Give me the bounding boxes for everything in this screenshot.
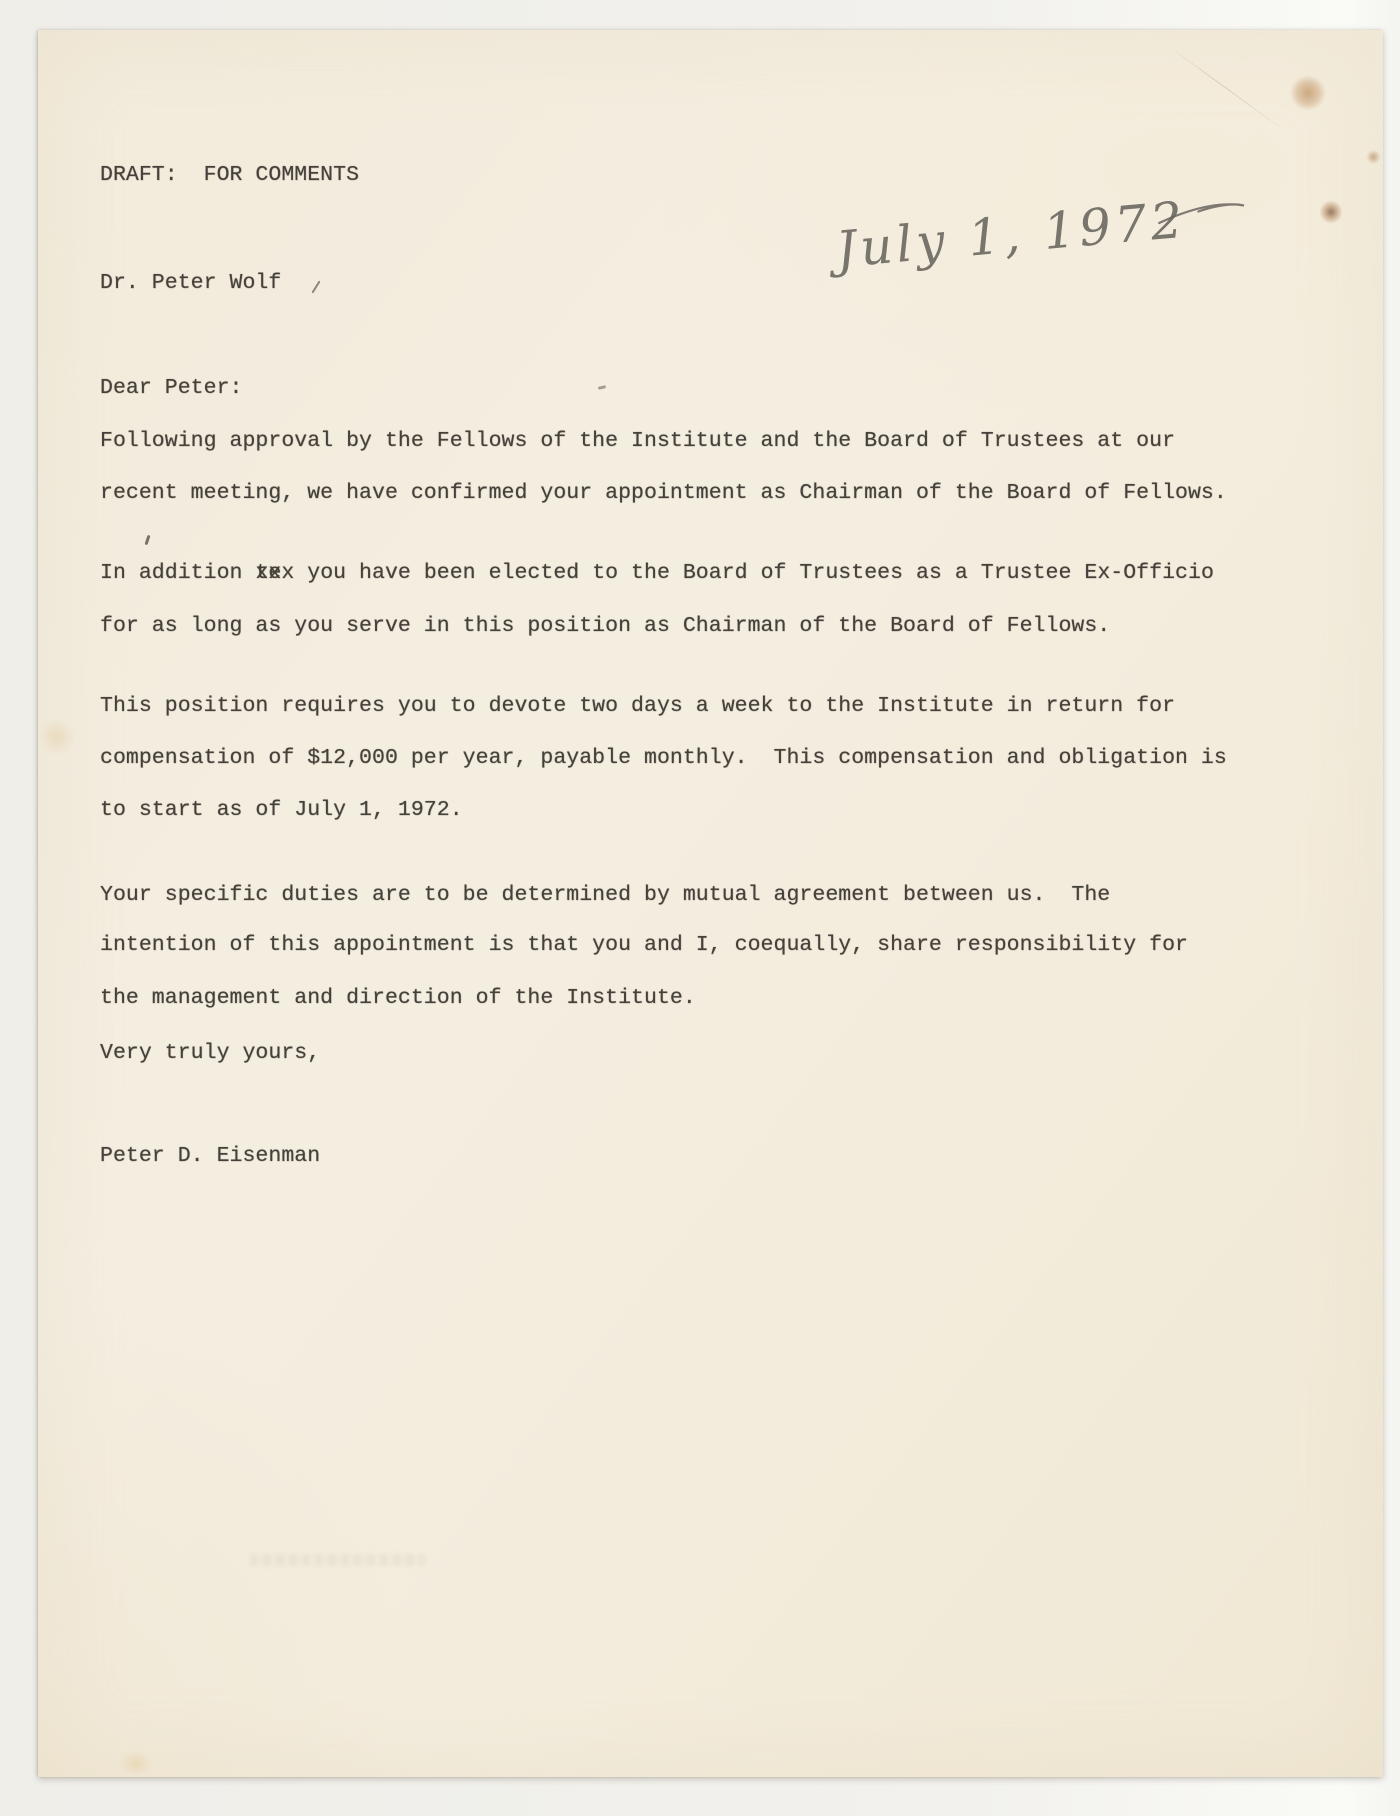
- paragraph4-line1: Your specific duties are to be determine…: [100, 885, 1110, 907]
- handwritten-date: July 1, 1972: [808, 138, 1258, 278]
- paper-stain: [116, 1754, 156, 1772]
- paragraph2-line1: In addition texxx you have been elected …: [100, 563, 1214, 585]
- typed-over-word: texxx: [255, 563, 294, 585]
- struck-word-overlay: xx: [255, 563, 281, 585]
- paper-stain: [40, 718, 74, 756]
- paragraph3-line1: This position requires you to devote two…: [100, 696, 1175, 718]
- closing-line: Very truly yours,: [100, 1043, 320, 1065]
- paragraph3-line2: compensation of $12,000 per year, payabl…: [100, 748, 1227, 770]
- foxing-stain: [1320, 200, 1342, 224]
- ink-speck: [598, 385, 606, 390]
- paragraph2-line2: for as long as you serve in this positio…: [100, 616, 1110, 638]
- paragraph4-line3: the management and direction of the Inst…: [100, 988, 696, 1010]
- salutation-line: Dear Peter:: [100, 378, 242, 400]
- pen-tick-mark: [311, 281, 320, 294]
- handwritten-date-text: July 1, 1972: [825, 191, 1189, 280]
- foxing-stain: [1290, 76, 1326, 110]
- paragraph1-line2: recent meeting, we have confirmed your a…: [100, 483, 1227, 505]
- recipient-line: Dr. Peter Wolf: [100, 273, 281, 295]
- paragraph1-line1: Following approval by the Fellows of the…: [100, 431, 1175, 453]
- scanned-letter-page: DRAFT: FOR COMMENTS July 1, 1972 Dr. Pet…: [38, 30, 1383, 1777]
- draft-label: DRAFT: FOR COMMENTS: [100, 165, 359, 187]
- stray-apostrophe-mark: [145, 535, 151, 545]
- paragraph3-line3: to start as of July 1, 1972.: [100, 800, 463, 822]
- paragraph2-line1-post: you have been elected to the Board of Tr…: [294, 561, 1214, 585]
- foxing-stain: [1366, 150, 1381, 164]
- signature-name: Peter D. Eisenman: [100, 1146, 320, 1168]
- ink-bleed-ghost: [250, 1554, 425, 1566]
- paragraph2-line1-pre: In addition: [100, 561, 255, 585]
- paragraph4-line2: intention of this appointment is that yo…: [100, 935, 1188, 957]
- paper-crease: [1166, 44, 1288, 133]
